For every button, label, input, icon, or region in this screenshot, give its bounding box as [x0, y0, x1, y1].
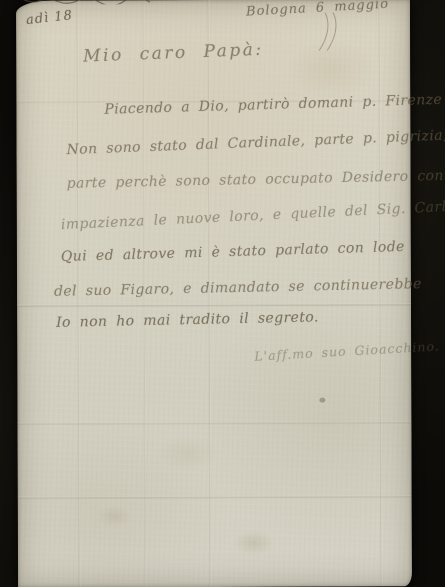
signature: L'aff.mo suo Gioacchino.	[254, 338, 440, 363]
body-line: Qui ed altrove mi è stato parlato con lo…	[61, 239, 405, 265]
day-annotation: adì 18	[25, 8, 73, 28]
body-line: Piacendo a Dio, partirò domani p. Firenz…	[104, 92, 442, 118]
stain	[233, 530, 275, 556]
fold-crease-horizontal	[18, 495, 412, 499]
salutation: Mio caro Papà:	[83, 40, 264, 67]
photo-backdrop: { "colors": { "backdrop": "#0c0b08", "pa…	[0, 0, 445, 587]
stain	[98, 505, 132, 527]
fold-crease-horizontal	[17, 421, 411, 425]
body-line: Non sono stato dal Cardinale, parte p. p…	[66, 128, 445, 159]
stain	[157, 435, 217, 471]
body-line: Io non ho mai tradito il segreto.	[56, 309, 319, 330]
body-line: del suo Figaro, e dimandato se continuer…	[54, 276, 422, 300]
fold-crease-horizontal	[17, 303, 411, 307]
body-line: impazienza le nuove loro, e quelle del S…	[61, 199, 445, 234]
letter-paper: Bologna 6 maggio adì 18 Mio caro Papà: P…	[16, 0, 412, 587]
body-line: parte perchè sono stato occupato Desider…	[66, 168, 444, 192]
cropped-ink-stroke	[22, 0, 152, 5]
stain	[319, 398, 325, 403]
dateline-flourish-icon	[316, 13, 346, 53]
fold-crease-vertical	[378, 0, 383, 586]
